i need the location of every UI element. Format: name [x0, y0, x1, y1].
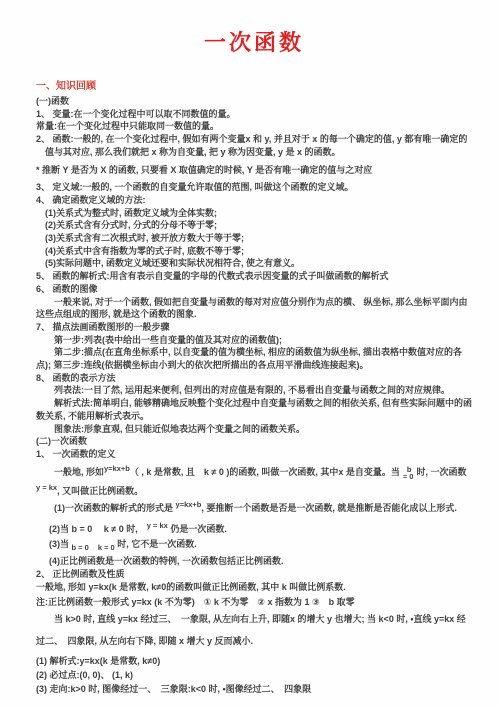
doc-line-method-4: (4)关系式中含有指数为零的式子时, 底数不等于零; — [45, 245, 472, 258]
formula-y-kx-b: y=kx+b — [176, 500, 202, 509]
doc-line-method-2: (2)关系式含有分式时, 分式的分母不等于零; — [45, 219, 472, 232]
doc-line-graph-method: 图象法:形象直观, 但只能近似地表达两个变量之间的函数关系。 — [36, 423, 472, 436]
doc-line-variable: 1、 变量:在一个变化过程中可以取不同数值的量。 — [36, 108, 472, 121]
section-heading-knowledge-review: 一、知识回顾 — [36, 77, 472, 92]
doc-line-prop-item-1: (1) 解析式:y=kx(k 是常数, k≠0) — [36, 654, 472, 668]
page-title: 一次函数 — [36, 26, 472, 57]
definition-text: , 又叫做正比例函数。 — [57, 486, 143, 496]
doc-line-linear-item-2: (2)当 b = 0 k ≠ 0 时, y = kx 仍是一次函数. — [49, 518, 472, 537]
doc-line-representation-heading: 8、 函数的表示方法 — [36, 372, 472, 385]
formula-b-0: b = 0 — [72, 543, 89, 552]
subsection-label-function: (一)函数 — [36, 95, 472, 108]
formula-y-kx: y = kx — [36, 483, 57, 492]
document-page: 一次函数 一、知识回顾 (一)函数 1、 变量:在一个变化过程中可以取不同数值的… — [0, 0, 500, 707]
doc-line-footnote: * 推断 Y 是否为 X 的函数, 只要看 X 取值确定的时候, Y 是否有唯一… — [36, 164, 472, 177]
doc-line-function-def: 2、 函数:一般的, 在一个变化过程中, 假如有两个变量x 和 y, 并且对于 … — [36, 133, 472, 158]
doc-line-linear-def-heading: 1、 一次函数的定义 — [36, 448, 472, 461]
doc-line-formula-method: 解析式法:简单明白, 能够精确地反映整个变化过程中自变量与函数之间的相依关系, … — [36, 397, 472, 422]
doc-line-note: 注:正比例函数一般形式 y=kx (k 不为零) ① k 不为零 ② x 指数为… — [36, 596, 472, 609]
formula-y-kx: y = kx — [147, 521, 168, 530]
doc-line-prop-item-2: (2) 必过点:(0, 0)、 (1, k) — [36, 668, 472, 682]
formula-y-kx-b: y=kx+b — [104, 464, 130, 473]
doc-line-linear-item-4: (4)正比例函数是一次函数的特例, 一次函数包括正比例函数. — [49, 555, 472, 568]
doc-line-method-1: (1)关系式为整式时, 函数定义域为全体实数; — [45, 207, 472, 220]
doc-line-linear-item-3: (3)当 b = 0 k = 0 时, 它不是一次函数. — [49, 537, 472, 555]
doc-line-plot-steps-heading: 7、 描点法画函数图形的一般步骤 — [36, 321, 472, 334]
doc-line-prop-item-3: (3) 走向:k>0 时, 图像经过一、 三象限:k<0 时, •图像经过二、 … — [36, 682, 472, 696]
doc-line-analytic-expression: 5、 函数的解析式:用含有表示自变量的字母的代数式表示因变量的式子叫做函数的解析… — [36, 270, 472, 283]
subsection-label-linear-function: (二)一次函数 — [36, 435, 472, 448]
item-text: (1)一次函数的解析式的形式是 — [54, 503, 173, 513]
item-text: (3)当 — [49, 539, 69, 549]
doc-line-proportional-def: 一般地, 形如 y=kx(k 是常数, k≠0的函数叫做正比例函数, 其中 k … — [36, 581, 472, 594]
doc-line-graph-heading: 6、 函数的图像 — [36, 283, 472, 296]
doc-line-slope-behavior: 当 k>0 时, 直线 y=kx 经过三、 一象限, 从左向右上升, 即随x 的… — [36, 608, 472, 652]
doc-line-method-5: (5)实际问题中, 函数定义域还要和实际状况相符合, 使之有意义。 — [45, 257, 472, 270]
doc-line-step-2-3: 第二步:描点(在直角坐标系中, 以自变量的值为横坐标, 相应的函数值为纵坐标, … — [36, 346, 472, 371]
formula-k-0: k = 0 — [98, 543, 115, 552]
doc-line-method-3: (3)关系式含有二次根式时, 被开放方数大于等于零; — [45, 232, 472, 245]
doc-line-constant: 常量:在一个变化过程中只能取同一数值的量。 — [36, 120, 472, 133]
doc-line-step-1: 第一步:列表(表中给出一些自变量的值及其对应的函数值); — [36, 334, 472, 347]
item-text: 时, 它不是一次函数. — [117, 539, 197, 549]
definition-text: 一次函数 — [431, 467, 467, 477]
doc-line-linear-item-1: (1)一次函数的解析式的形式是 y=kx+b, 要推断一个函数是否是一次函数, … — [36, 499, 472, 515]
stacked-formula-b-0: b= 0 — [403, 466, 414, 480]
definition-text: 时, — [416, 467, 428, 477]
definition-text: 一般地, 形如 — [54, 467, 104, 477]
doc-line-domain: 3、 定义域:一般的, 一个函数的自变量允许取值的范围, 叫做这个函数的定义域。 — [36, 181, 472, 194]
item-text: 仍是一次函数. — [170, 524, 227, 534]
definition-text: （ , k 是常数, 且 k ≠ 0 )的函数, 叫做一次函数, 其中x 是自变… — [130, 467, 400, 477]
doc-line-proportional-heading: 2、 正比例函数及性质 — [36, 568, 472, 581]
doc-line-table-method: 列表法:一目了然, 运用起来便利, 但列出的对应值是有限的, 不易看出自变量与函… — [36, 384, 472, 397]
doc-line-graph-desc: 一般来说, 对于一个函数, 假如把自变量与函数的每对对应值分别作为点的横、 纵坐… — [36, 296, 472, 321]
item-text: , 要推断一个函数是否是一次函数, 就是推断是否能化成以上形式. — [201, 503, 457, 513]
doc-line-linear-definition: 一般地, 形如y=kx+b（ , k 是常数, 且 k ≠ 0 )的函数, 叫做… — [36, 461, 472, 499]
item-text: (2)当 b = 0 k ≠ 0 时, — [49, 524, 138, 534]
doc-line-domain-methods: 4、 确定函数定义域的方法: — [36, 194, 472, 207]
